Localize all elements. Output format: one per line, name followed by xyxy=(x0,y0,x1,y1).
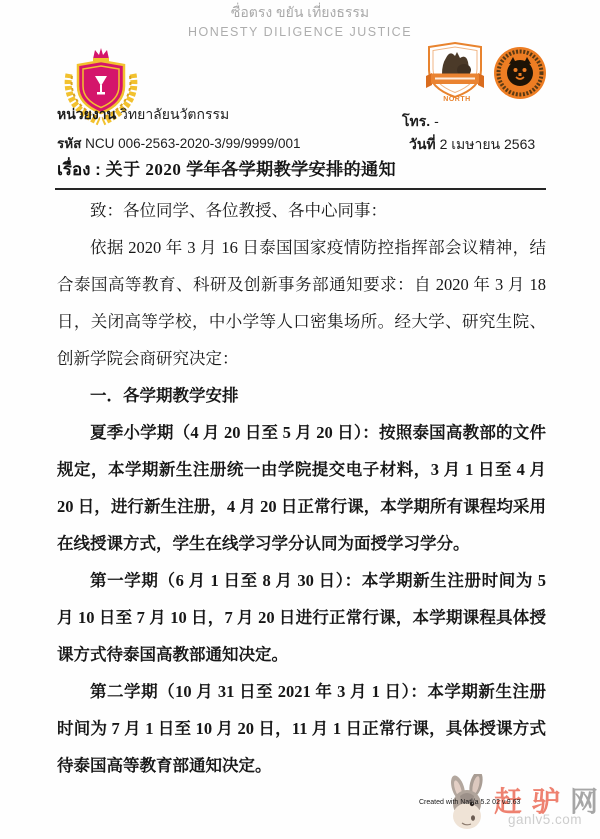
north-logo-caption: NORTH xyxy=(430,96,484,103)
salutation: 致：各位同学、各位教授、各中心同事： xyxy=(57,192,546,229)
tel-line: โทร. - xyxy=(402,111,439,133)
motto-thai: ซื่อตรง ขยัน เที่ยงธรรม xyxy=(0,2,600,24)
notice-body: 致：各位同学、各位教授、各中心同事： 依据 2020 年 3 月 16 日泰国国… xyxy=(57,192,546,784)
date-label: วันที่ xyxy=(409,136,436,152)
lion-badge-icon xyxy=(492,45,548,101)
paragraph-summer-term: 夏季小学期（4 月 20 日至 5 月 20 日）：按照泰国高教部的文件规定，本… xyxy=(57,414,546,562)
scanned-notice-page: ซื่อตรง ขยัน เที่ยงธรรม HONESTY DILIGENC… xyxy=(0,0,600,839)
created-with-note: Created with Natl/a 5.2 02 v.9.63 xyxy=(419,799,520,806)
code-label: รหัส xyxy=(57,136,81,151)
watermark-url: ganlv5.com xyxy=(508,812,582,827)
agency-line: หน่วยงาน วิทยาลัยนวัตกรรม xyxy=(57,104,229,126)
code-line: รหัส NCU 006-2563-2020-3/99/9999/001 xyxy=(57,132,301,154)
section-heading: 一．各学期教学安排 xyxy=(57,377,546,414)
tel-value: - xyxy=(434,113,439,129)
paragraph-basis: 依据 2020 年 3 月 16 日泰国国家疫情防控指挥部会议精神，结合泰国高等… xyxy=(57,229,546,377)
agency-label: หน่วยงาน xyxy=(57,106,116,122)
paragraph-first-term: 第一学期（6 月 1 日至 8 月 30 日）：本学期新生注册时间为 5 月 1… xyxy=(57,562,546,673)
header-divider xyxy=(55,188,546,190)
scan-artifact-line xyxy=(196,169,376,170)
agency-value: วิทยาลัยนวัตกรรม xyxy=(120,106,229,122)
tel-label: โทร. xyxy=(402,113,430,129)
subject-label: เรื่อง : xyxy=(57,160,101,179)
date-value: 2 เมษายน 2563 xyxy=(440,136,536,152)
code-value: NCU 006-2563-2020-3/99/9999/001 xyxy=(85,136,300,151)
motto-english: HONESTY DILIGENCE JUSTICE xyxy=(0,25,600,39)
paragraph-second-term: 第二学期（10 月 31 日至 2021 年 3 月 1 日）：本学期新生注册时… xyxy=(57,673,546,784)
date-line: วันที่ 2 เมษายน 2563 xyxy=(409,134,535,156)
